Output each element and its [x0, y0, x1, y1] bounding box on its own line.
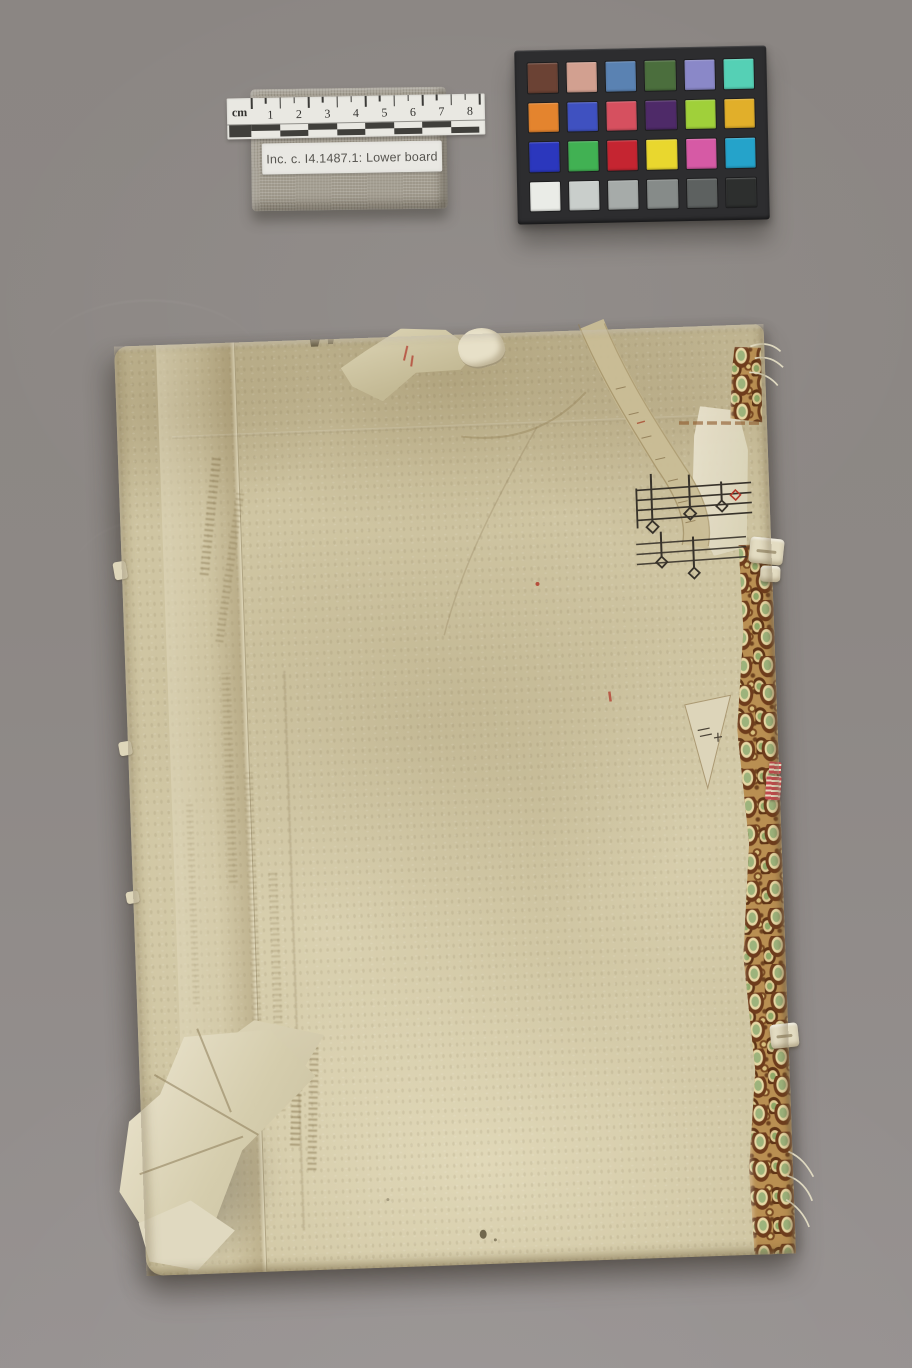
- ruler-cm-tick: [479, 94, 481, 105]
- color-patch-purplish-blue: [567, 101, 598, 131]
- ruler-checker-segment: [280, 130, 309, 137]
- photograph: cm 12345678 Inc. c. I4.1487.1: Lower boa…: [0, 0, 912, 1368]
- ruler-half-tick: [293, 97, 295, 103]
- ruler-cm-tick: [279, 97, 281, 108]
- color-patch-neutral-6-5: [608, 180, 639, 210]
- color-patch-orange-yellow: [724, 98, 755, 128]
- ruler-half-tick: [265, 98, 267, 104]
- color-patch-red: [607, 140, 638, 170]
- color-patch-white: [530, 181, 561, 211]
- ruler-cm-tick: [251, 98, 253, 109]
- ruler-cm-tick: [308, 97, 310, 108]
- color-patch-black: [726, 177, 757, 207]
- ruler-half-tick: [407, 95, 409, 101]
- color-patch-purple: [646, 100, 677, 130]
- ruler-checker-segment: [365, 128, 394, 135]
- ruler-half-tick: [436, 94, 438, 100]
- cover-detail-drawing: [114, 324, 796, 1276]
- color-patch-grid: [527, 59, 756, 212]
- color-patch-cyan: [725, 138, 756, 168]
- ruler-checker-block: [229, 125, 251, 137]
- ruler-cm-tick: [365, 96, 367, 107]
- color-patch-yellow: [647, 139, 678, 169]
- color-checker-card: [514, 45, 770, 224]
- color-patch-magenta: [686, 138, 717, 168]
- color-patch-moderate-red: [607, 101, 638, 131]
- ruler-half-tick: [464, 94, 466, 100]
- ruler-number: 4: [349, 106, 363, 121]
- ruler-checker-segment: [337, 129, 366, 136]
- ruler-checker-segment: [422, 127, 451, 134]
- ruler-checker-segment: [251, 130, 280, 137]
- ruler-number: 3: [320, 106, 334, 121]
- color-patch-blue: [529, 142, 560, 172]
- ruler-cm-tick: [450, 94, 452, 105]
- ruler-number: 5: [377, 105, 391, 120]
- ruler-number: 8: [463, 104, 477, 119]
- ruler-cm-tick: [336, 96, 338, 107]
- ruler-cm-tick: [393, 95, 395, 106]
- ruler-half-tick: [322, 97, 324, 103]
- color-patch-neutral-8: [569, 180, 600, 210]
- shelfmark-label: Inc. c. I4.1487.1: Lower board: [262, 140, 443, 174]
- color-patch-bluish-green: [723, 59, 754, 89]
- ruler-number: 6: [406, 105, 420, 120]
- shelfmark-text: Inc. c. I4.1487.1: Lower board: [266, 149, 438, 166]
- ruler-number: 2: [292, 107, 306, 122]
- color-patch-yellow-green: [685, 99, 716, 129]
- ruler-half-tick: [350, 96, 352, 102]
- color-patch-blue-flower: [684, 59, 715, 89]
- color-patch-foliage: [645, 60, 676, 90]
- scale-ruler: cm 12345678: [227, 94, 486, 140]
- ruler-cm-tick: [422, 95, 424, 106]
- book-lower-board: [114, 324, 796, 1276]
- ruler-unit-label: cm: [232, 105, 248, 120]
- ruler-number: 7: [434, 104, 448, 119]
- ruler-number: 1: [263, 108, 277, 123]
- color-patch-blue-sky: [606, 61, 637, 91]
- ruler-half-tick: [379, 96, 381, 102]
- color-patch-orange: [528, 102, 559, 132]
- color-patch-neutral-3-5: [687, 178, 718, 208]
- color-patch-green: [568, 141, 599, 171]
- color-patch-dark-skin: [527, 63, 558, 93]
- color-patch-neutral-5: [647, 179, 678, 209]
- ruler-checker-segment: [308, 129, 337, 136]
- color-patch-light-skin: [567, 62, 598, 92]
- ruler-checker-segment: [394, 128, 423, 135]
- ruler-checker-segment: [451, 127, 480, 134]
